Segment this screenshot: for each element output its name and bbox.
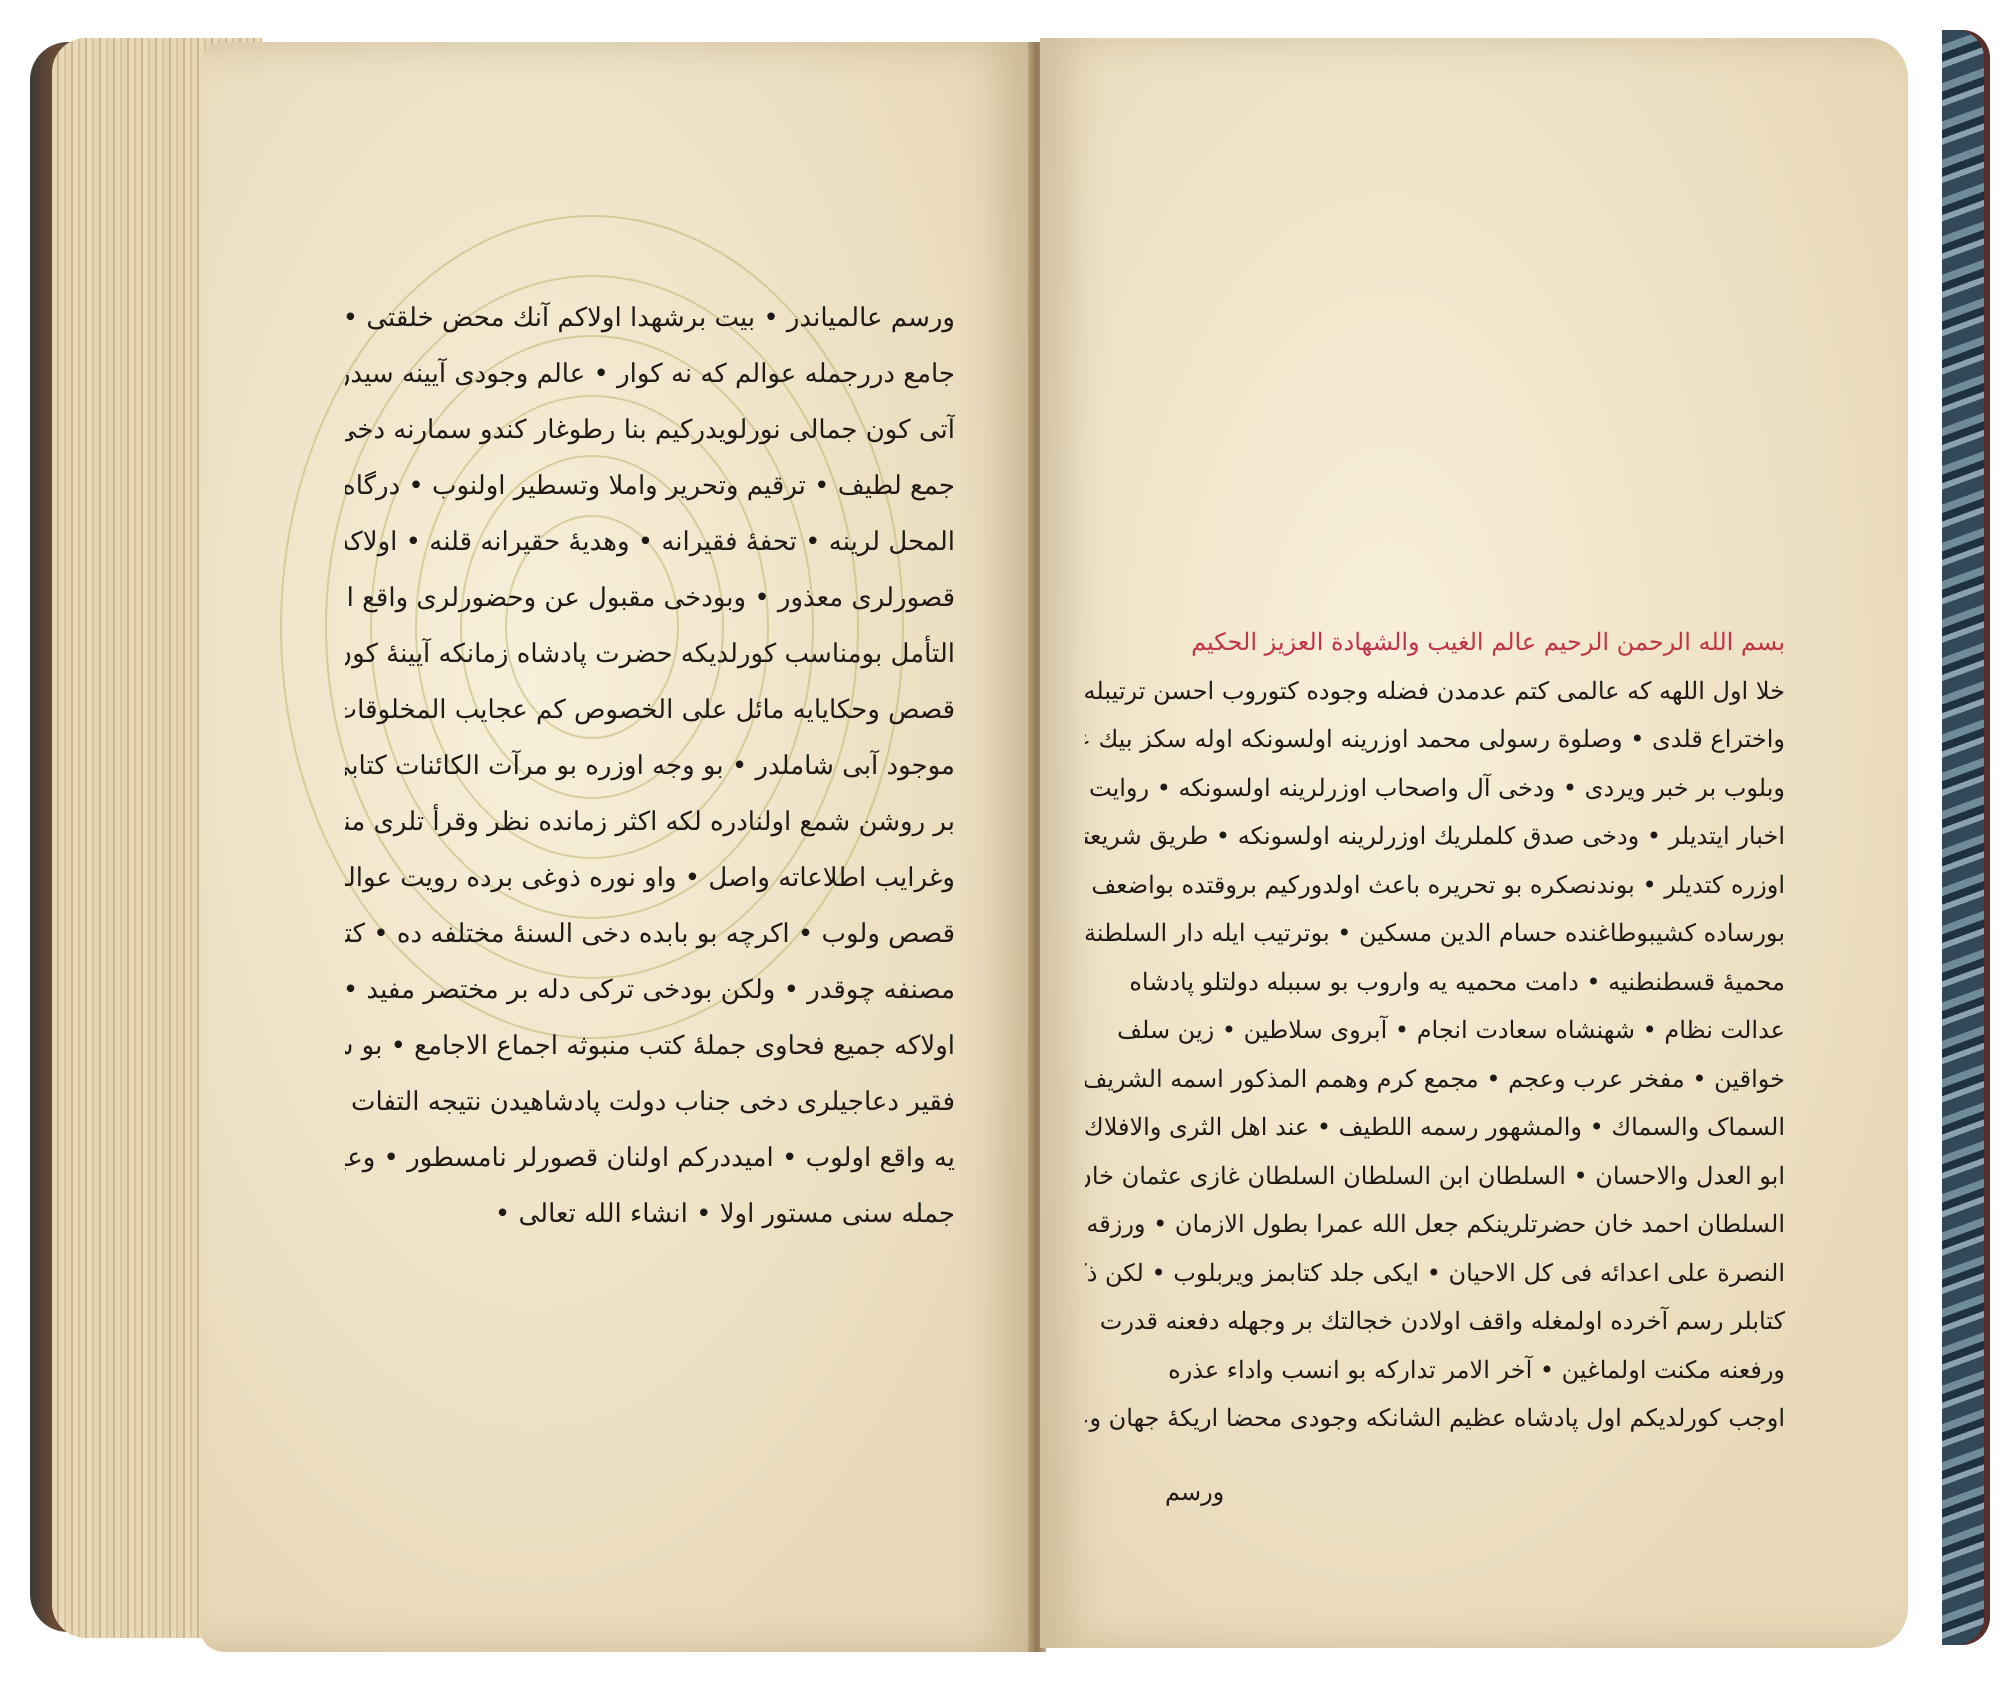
text-line: خواقین • مفخر عرب وعجم • مجمع کرم وهمم ا… [1085, 1055, 1785, 1104]
basmala-header: بسم الله الرحمن الرحیم عالم الغیب والشها… [1085, 618, 1785, 667]
text-line: وغرایب اطلاعاته واصل • واو نوره ذوغی برد… [345, 850, 955, 906]
text-line: محمیهٔ قسطنطنیه • دامت محمیه یه واروب بو… [1085, 958, 1785, 1007]
text-line: فقیر دعاجیلری دخی جناب دولت پادشاهیدن نت… [345, 1074, 955, 1130]
text-line: اخبار ایتدیلر • ودخی صدق کلملریك اوزرلری… [1085, 812, 1785, 861]
text-line: آتی کون جمالی نورلویدرکیم بنا رطوغار کند… [345, 402, 955, 458]
text-line: اوزره کتدیلر • بوندنصکره بو تحریره باعث … [1085, 861, 1785, 910]
text-line: مصنفه چوقدر • ولکن بودخی ترکی دله بر مخت… [345, 962, 955, 1018]
text-line: واختراع قلدی • وصلوة رسولی محمد اوزرینه … [1085, 715, 1785, 764]
text-line: اولاکه جمیع فحاوی جملهٔ کتب منبوثه اجماع… [345, 1018, 955, 1074]
text-line: قصص ولوب • اکرچه بو بابده دخی السنهٔ مخت… [345, 906, 955, 962]
text-line: قصورلری معذور • وبودخی مقبول عن وحضورلری… [345, 570, 955, 626]
text-line: ابو العدل والاحسان • السلطان ابن السلطان… [1085, 1152, 1785, 1201]
text-line: ورسم عالمیاندر • بیت برشهدا اولاکم آنك م… [345, 290, 955, 346]
text-line: وبلوب بر خبر ویردی • ودخی آل واصحاب اوزر… [1085, 764, 1785, 813]
text-line: موجود آبی شاملدر • بو وجه اوزره بو مرآت … [345, 738, 955, 794]
catchword: ورسم [1165, 1478, 1224, 1506]
text-line: جمله سنی مستور اولا • انشاء الله تعالی • [345, 1186, 955, 1242]
left-page-text: ورسم عالمیاندر • بیت برشهدا اولاکم آنك م… [345, 290, 955, 1242]
text-line: خلا اول اللهه که عالمی کتم عدمدن فضله وج… [1085, 667, 1785, 716]
right-page-text: بسم الله الرحمن الرحیم عالم الغیب والشها… [1085, 618, 1785, 1443]
text-line: النصرة علی اعدائه فی کل الاحیان • ایکی ج… [1085, 1249, 1785, 1298]
text-line: یه واقع اولوب • امیددرکم اولنان قصورلر ن… [345, 1130, 955, 1186]
text-line: ورفعنه مکنت اولماغین • آخر الامر تدارکه … [1085, 1346, 1785, 1395]
text-line: اوجب کورلدیکم اول پادشاه عظیم الشانکه وج… [1085, 1394, 1785, 1443]
text-line: السماک والسماك • والمشهور رسمه اللطیف • … [1085, 1103, 1785, 1152]
text-line: جمع لطیف • ترقیم وتحریر واملا وتسطیر اول… [345, 458, 955, 514]
text-line: السلطان احمد خان حضرتلرینکم جعل الله عمر… [1085, 1200, 1785, 1249]
text-line: عدالت نظام • شهنشاه سعادت انجام • آبروی … [1085, 1006, 1785, 1055]
text-line: بر روشن شمع اولنادره لکه اکثر زمانده نظر… [345, 794, 955, 850]
text-line: کتابلر رسم آخرده اولمغله واقف اولادن خجا… [1085, 1297, 1785, 1346]
text-line: قصص وحکایایه مائل علی الخصوص کم عجایب ال… [345, 682, 955, 738]
right-marbled-cover [1942, 30, 1990, 1645]
text-line: المحل لرینه • تحفهٔ فقیرانه • وهدیهٔ حقی… [345, 514, 955, 570]
text-line: جامع دررجمله عوالم که نه کوار • عالم وجو… [345, 346, 955, 402]
text-line: التأمل بومناسب کورلدیکه حضرت پادشاه زمان… [345, 626, 955, 682]
text-line: بورساده کشیبوطاغنده حسام الدین مسکین • ب… [1085, 909, 1785, 958]
